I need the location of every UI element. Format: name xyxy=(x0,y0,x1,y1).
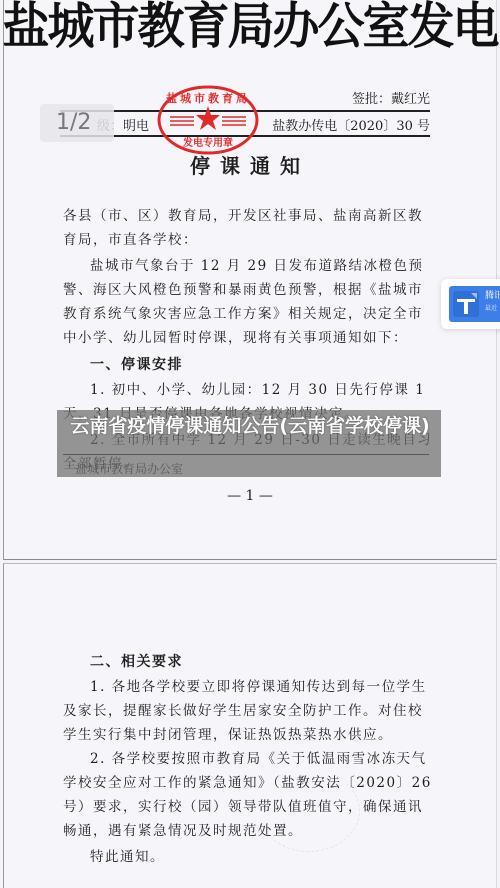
tencent-docs-icon xyxy=(453,291,479,317)
intro-paragraph: 盐城市气象台于 12 月 29 日发布道路结冰橙色预警、海区大风橙色预警和暴雨黄… xyxy=(63,254,433,350)
page-indicator: 1/2 xyxy=(40,104,114,142)
document-header: 盐城市教育局办公室发电 xyxy=(0,0,500,55)
document-number: 盐教办传电〔2020〕30 号 xyxy=(272,115,430,134)
floating-widget-sublabel: 最近 xyxy=(485,303,497,312)
faint-seal-trace xyxy=(258,770,360,852)
section-2-item-2: 2. 各学校要按照市教育局《关于低温雨雪冰冻天气学校安全应对工作的紧急通知》（盐… xyxy=(63,747,433,843)
section-2-heading: 二、相关要求 xyxy=(63,650,433,674)
notice-title: 停课通知 xyxy=(0,150,500,179)
svg-text:盐城市教育局: 盐城市教育局 xyxy=(166,91,250,105)
caption-overlay-text: 云南省疫情停课通知公告(云南省学校停课) xyxy=(60,414,440,438)
floating-docs-button[interactable]: 腾讯 最近 xyxy=(449,286,500,322)
section-2-item-1: 1. 各地各学校要立即将停课通知传达到每一位学生及家长，提醒家长做好学生居家安全… xyxy=(63,675,433,747)
floating-widget-label: 腾讯 xyxy=(485,290,500,302)
floating-docs-widget[interactable]: 腾讯 最近 xyxy=(441,279,500,329)
page-number: — 1 — xyxy=(0,488,500,504)
approver-line: 签批：戴红光 xyxy=(352,88,430,107)
svg-text:发电专用章: 发电专用章 xyxy=(182,136,233,149)
section-1-heading: 一、停课安排 xyxy=(63,353,433,377)
recipients-paragraph: 各县（市、区）教育局，开发区社事局、盐南高新区教育局，市直各学校： xyxy=(63,204,433,252)
official-seal-icon: 盐城市教育局 发电专用章 xyxy=(156,84,260,156)
closing-line: 特此通知。 xyxy=(63,845,433,869)
